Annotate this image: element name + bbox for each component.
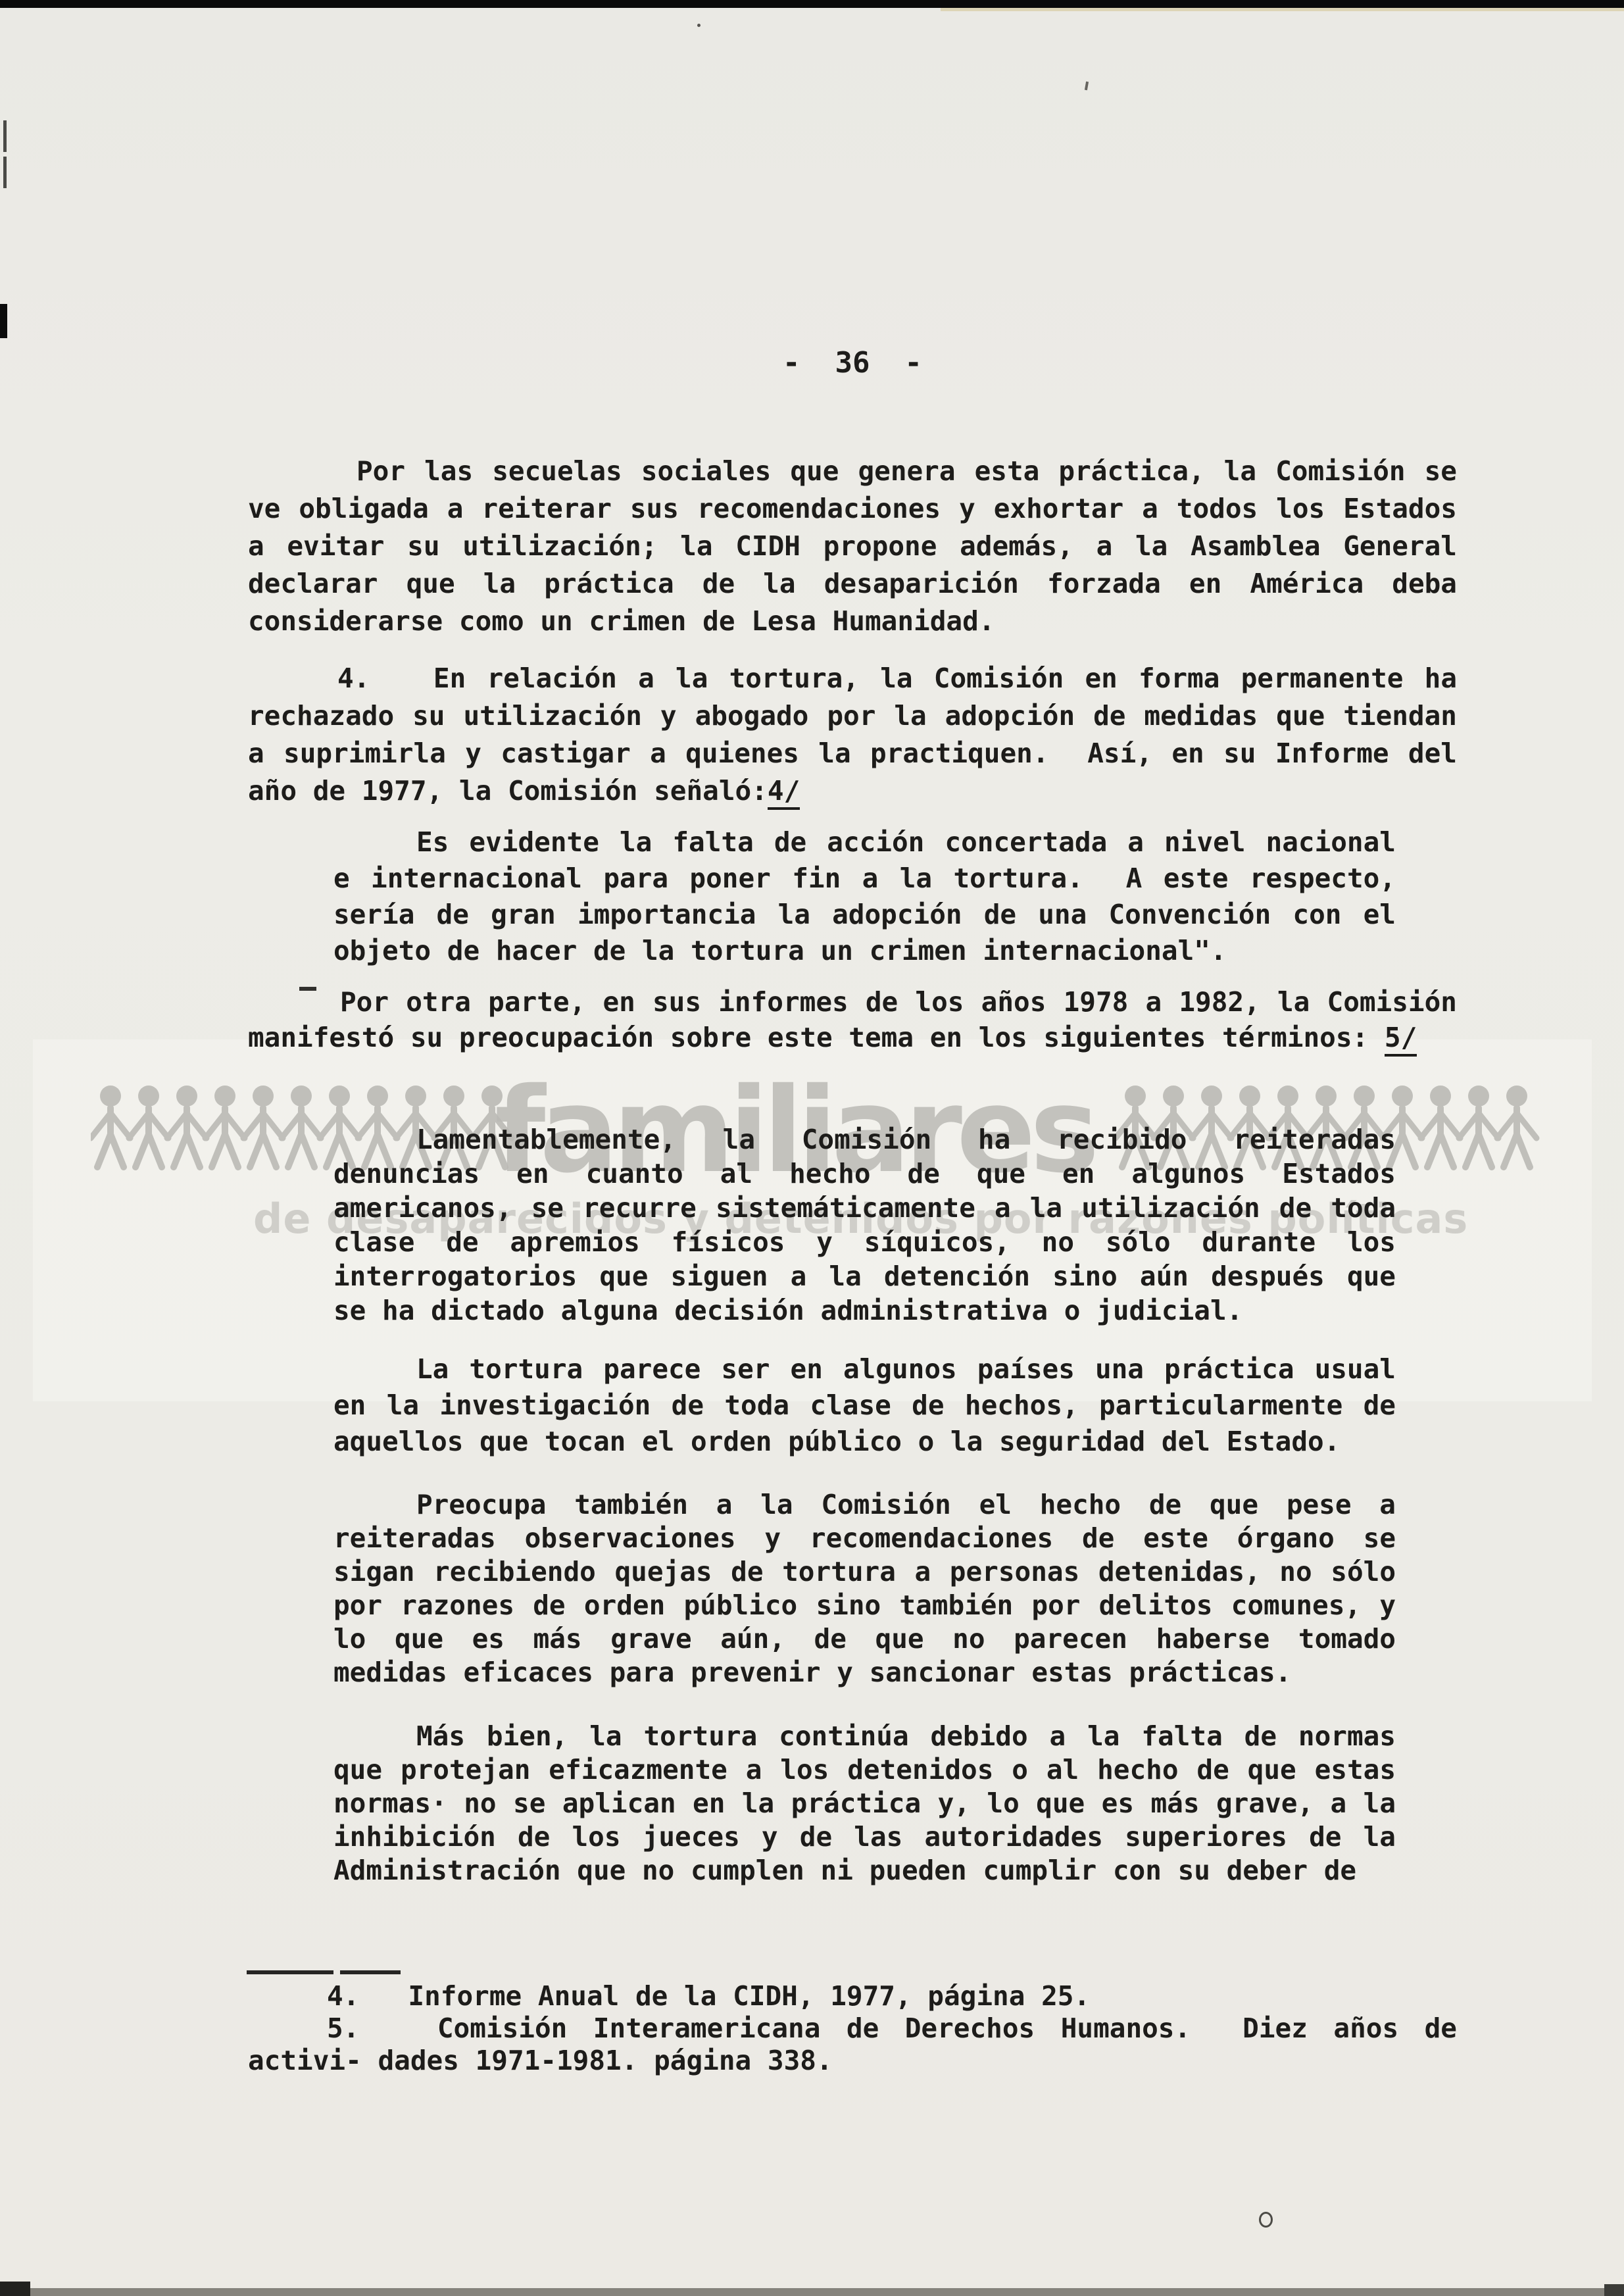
text-line: objeto de hacer de la tortura un crimen …	[333, 933, 1396, 969]
text-line: La tortura parece ser en algunos países …	[333, 1351, 1396, 1387]
text-line: aquellos que tocan el orden público o la…	[333, 1424, 1396, 1460]
text-line: activi- dades 1971-1981. página 338.	[248, 2045, 1457, 2077]
footnote-4: 4. Informe Anual de la CIDH, 1977, págin…	[248, 1980, 1457, 2012]
paragraph-por-otra-parte: Por otra parte, en sus informes de los a…	[248, 984, 1457, 1055]
text-line: a suprimirla y castigar a quienes la pra…	[248, 735, 1457, 772]
text-line: Lamentablemente, la Comisión ha recibido…	[333, 1122, 1396, 1157]
text-line: a evitar su utilización; la CIDH propone…	[248, 528, 1457, 565]
text-line: por razones de orden público sino tambié…	[333, 1589, 1396, 1622]
text-line: Es evidente la falta de acción concertad…	[333, 824, 1396, 861]
footnote-5: 5. Comisión Interamericana de Derechos H…	[248, 2012, 1457, 2077]
text-line: Más bien, la tortura continúa debido a l…	[333, 1720, 1396, 1753]
paragraph-item-4-tortura: 4. En relación a la tortura, la Comisión…	[248, 660, 1457, 810]
footnote-separator	[340, 1970, 401, 1974]
text-line: ve obligada a reiterar sus recomendacion…	[248, 490, 1457, 528]
scan-speck	[697, 24, 701, 27]
text-line: manifestó su preocupación sobre este tem…	[248, 1020, 1457, 1055]
quote-la-tortura-parece: La tortura parece ser en algunos países …	[333, 1351, 1396, 1460]
quote-preocupa-tambien: Preocupa también a la Comisión el hecho …	[333, 1488, 1396, 1689]
text-line: normas· no se aplican en la práctica y, …	[333, 1787, 1396, 1820]
text-line: inhibición de los jueces y de las autori…	[333, 1820, 1396, 1854]
footnote-separator	[247, 1970, 333, 1974]
scan-corner-mark	[1604, 2284, 1624, 2296]
scan-edge-tan-line	[941, 8, 1624, 11]
text-line: declarar que la práctica de la desaparic…	[248, 565, 1457, 603]
stray-ring-mark	[1259, 2212, 1273, 2228]
text-line: 5. Comisión Interamericana de Derechos H…	[248, 2012, 1457, 2045]
text-line: sigan recibiendo quejas de tortura a per…	[333, 1555, 1396, 1589]
scan-edge-mark	[3, 157, 7, 188]
text-line: se ha dictado alguna decisión administra…	[333, 1293, 1396, 1328]
text-line: 4. En relación a la tortura, la Comisión…	[248, 660, 1457, 697]
footnote-reference: 5/	[1385, 1022, 1417, 1057]
quote-mas-bien: Más bien, la tortura continúa debido a l…	[333, 1720, 1396, 1887]
text-line: año de 1977, la Comisión señaló:4/	[248, 772, 1457, 810]
quote-es-evidente: Es evidente la falta de acción concertad…	[333, 824, 1396, 969]
footnote-reference: 4/	[768, 775, 800, 810]
text-line: lo que es más grave aún, de que no parec…	[333, 1622, 1396, 1656]
text-line: e internacional para poner fin a la tort…	[333, 861, 1396, 897]
text-line: considerarse como un crimen de Lesa Huma…	[248, 603, 1457, 640]
text-line: 4. Informe Anual de la CIDH, 1977, págin…	[248, 1980, 1457, 2012]
scan-edge-bottom	[0, 2288, 1624, 2296]
text-line: interrogatorios que siguen a la detenció…	[333, 1259, 1396, 1293]
text-line: denuncias en cuanto al hecho de que en a…	[333, 1157, 1396, 1191]
text-line: americanos, se recurre sistemáticamente …	[333, 1191, 1396, 1225]
paragraph-secuelas: Por las secuelas sociales que genera est…	[248, 453, 1457, 640]
quote-lamentablemente: Lamentablemente, la Comisión ha recibido…	[333, 1122, 1396, 1328]
scan-corner-mark	[0, 2282, 30, 2296]
text-line-segment: manifestó su preocupación sobre este tem…	[248, 1022, 1385, 1053]
text-line: Preocupa también a la Comisión el hecho …	[333, 1488, 1396, 1522]
text-line: sería de gran importancia la adopción de…	[333, 897, 1396, 933]
text-line-segment: año de 1977, la Comisión señaló:	[248, 775, 768, 807]
text-line: Por otra parte, en sus informes de los a…	[248, 984, 1457, 1020]
text-line: Por las secuelas sociales que genera est…	[248, 453, 1457, 490]
text-line: reiteradas observaciones y recomendacion…	[333, 1522, 1396, 1555]
text-line: en la investigación de toda clase de hec…	[333, 1387, 1396, 1424]
scanned-document-page: familiares de desaparecidos y detenidos …	[0, 0, 1624, 2296]
scan-edge-mark	[3, 120, 7, 152]
scan-edge-mark	[0, 304, 7, 338]
page-number: - 36 -	[783, 346, 1020, 380]
text-line: que protejan eficazmente a los detenidos…	[333, 1753, 1396, 1787]
text-line: medidas eficaces para prevenir y sancion…	[333, 1656, 1396, 1689]
text-line: clase de apremios físicos y síquicos, no…	[333, 1225, 1396, 1259]
text-line: rechazado su utilización y abogado por l…	[248, 697, 1457, 735]
text-line: Administración que no cumplen ni pueden …	[333, 1854, 1396, 1887]
scan-edge-top	[0, 0, 1624, 8]
